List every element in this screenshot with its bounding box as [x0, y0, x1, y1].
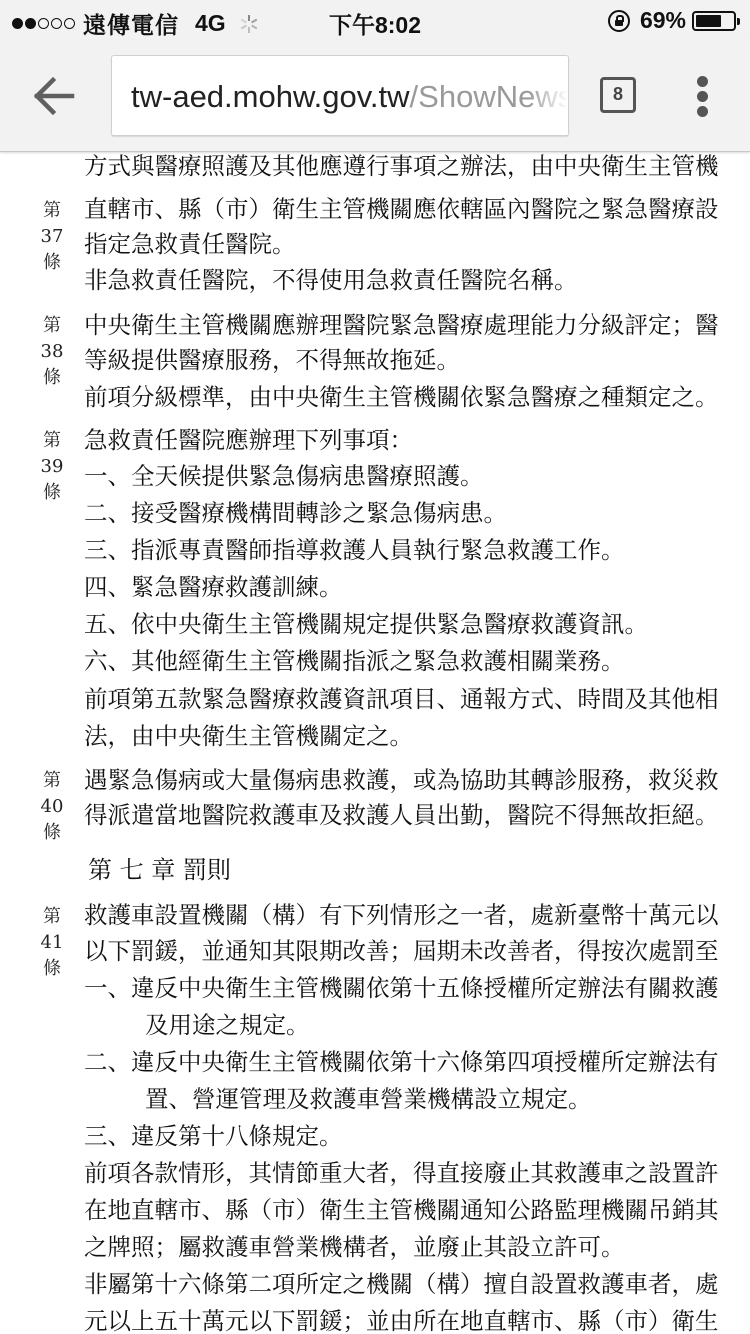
- list-item: 二、接受醫療機構間轉診之緊急傷病患。: [84, 495, 507, 532]
- status-right: 69%: [608, 7, 736, 34]
- text-line: 前項分級標準，由中央衛生主管機關依緊急醫療之種類定之。: [84, 379, 719, 416]
- list-item: 二、違反中央衛生主管機關依第十六條第四項授權所定辦法有: [84, 1044, 719, 1081]
- list-item: 三、違反第十八條規定。: [84, 1118, 343, 1155]
- chapter-heading: 第 七 章 罰則: [88, 850, 231, 890]
- list-item: 一、全天候提供緊急傷病患醫療照護。: [84, 458, 484, 495]
- battery-icon: [692, 11, 736, 31]
- text-line: 遇緊急傷病或大量傷病患救護，或為協助其轉診服務，救災救: [84, 762, 719, 799]
- text-line: 非急救責任醫院，不得使用急救責任醫院名稱。: [84, 262, 578, 299]
- text-line: 非屬第十六條第二項所定之機關（構）擅自設置救護車者，處: [84, 1266, 719, 1303]
- list-item: 六、其他經衛生主管機關指派之緊急救護相關業務。: [84, 643, 625, 680]
- list-item-continuation: 置、營運管理及救護車營業機構設立規定。: [145, 1081, 592, 1118]
- article-number-41: 第 41 條: [38, 904, 66, 982]
- article-number-40: 第 40 條: [38, 768, 66, 846]
- battery-percent: 69%: [640, 7, 686, 34]
- text-line: 急救責任醫院應辦理下列事項：: [84, 422, 413, 459]
- text-line: 在地直轄市、縣（市）衛生主管機關通知公路監理機關吊銷其: [84, 1192, 719, 1229]
- rotation-lock-icon: [608, 10, 630, 32]
- text-line: 方式與醫療照護及其他應遵行事項之辦法，由中央衛生主管機: [84, 152, 719, 185]
- article-number-39: 第 39 條: [38, 428, 66, 506]
- article-number-37: 第 37 條: [38, 198, 66, 276]
- list-item-continuation: 及用途之規定。: [145, 1007, 310, 1044]
- list-item: 三、指派專責醫師指導救護人員執行緊急救護工作。: [84, 532, 625, 569]
- list-item: 四、緊急醫療救護訓練。: [84, 569, 343, 606]
- browser-toolbar: tw-aed.mohw.gov.tw/ShowNews 8: [0, 40, 750, 152]
- list-item: 一、違反中央衛生主管機關依第十五條授權所定辦法有關救護: [84, 970, 719, 1007]
- arrow-left-icon: [32, 76, 78, 116]
- text-line: 之牌照；屬救護車營業機構者，並廢止其設立許可。: [84, 1229, 625, 1266]
- text-line: 直轄市、縣（市）衛生主管機關應依轄區內醫院之緊急醫療設: [84, 191, 719, 228]
- text-line: 指定急救責任醫院。: [84, 226, 296, 263]
- list-item: 五、依中央衛生主管機關規定提供緊急醫療救護資訊。: [84, 606, 648, 643]
- text-line: 得派遣當地醫院救護車及救護人員出勤，醫院不得無故拒絕。: [84, 797, 719, 834]
- text-line: 以下罰鍰，並通知其限期改善；屆期未改善者，得按次處罰至: [84, 933, 719, 970]
- text-line: 中央衛生主管機關應辦理醫院緊急醫療處理能力分級評定；醫: [84, 307, 719, 344]
- text-line: 前項各款情形，其情節重大者，得直接廢止其救護車之設置許: [84, 1155, 719, 1192]
- status-bar: 遠傳電信 4G 下午8:02 69%: [0, 0, 750, 40]
- tab-switcher-button[interactable]: 8: [600, 77, 636, 113]
- text-line: 法，由中央衛生主管機關定之。: [84, 718, 413, 755]
- url-host: tw-aed.mohw.gov.tw: [131, 79, 410, 114]
- article-number-38: 第 38 條: [38, 313, 66, 391]
- text-line: 等級提供醫療服務，不得無故拖延。: [84, 342, 460, 379]
- document-content: 方式與醫療照護及其他應遵行事項之辦法，由中央衛生主管機 第 37 條 直轄市、縣…: [0, 152, 750, 1334]
- text-line: 前項第五款緊急醫療救護資訊項目、通報方式、時間及其他相: [84, 681, 719, 718]
- address-bar[interactable]: tw-aed.mohw.gov.tw/ShowNews: [111, 55, 569, 136]
- back-button[interactable]: [32, 76, 78, 116]
- text-line: 元以上五十萬元以下罰鍰；並由所在地直轄市、縣（市）衛生: [84, 1303, 719, 1334]
- kebab-menu-icon[interactable]: [690, 76, 716, 120]
- text-line: 救護車設置機關（構）有下列情形之一者，處新臺幣十萬元以: [84, 897, 719, 934]
